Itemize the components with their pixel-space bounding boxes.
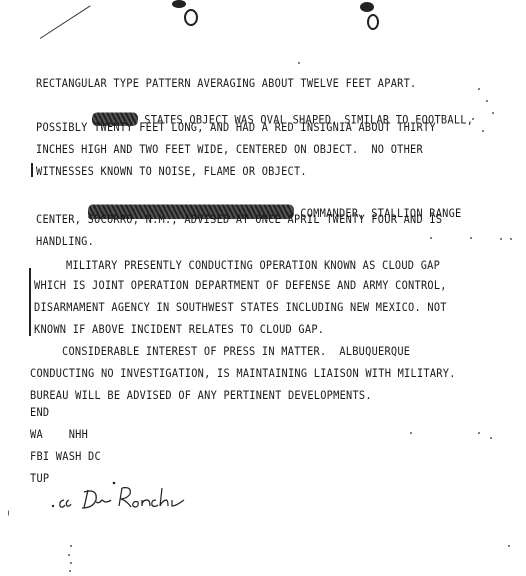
speck (430, 237, 432, 239)
speck (482, 130, 484, 132)
speck (490, 437, 492, 439)
text-line: CONSIDERABLE INTEREST OF PRESS IN MATTER… (62, 345, 410, 358)
text-line: KNOWN IF ABOVE INCIDENT RELATES TO CLOUD… (34, 323, 324, 336)
speck (492, 112, 494, 114)
sender-line: FBI WASH DC (30, 450, 101, 463)
document-page: RECTANGULAR TYPE PATTERN AVERAGING ABOUT… (0, 0, 526, 576)
text-line: CENTER, SOCORRO, N.M., ADVISED AT ONCE A… (36, 213, 442, 226)
margin-mark (31, 163, 33, 177)
end-marker: END (30, 406, 49, 419)
speck (478, 88, 480, 90)
hole-punch-mark (367, 14, 379, 30)
text-line: WITNESSES KNOWN TO NOISE, FLAME OR OBJEC… (36, 165, 307, 178)
speck (70, 562, 72, 564)
ink-blot-mark (360, 2, 374, 12)
text-line: HANDLING. (36, 235, 94, 248)
text-line: INCHES HIGH AND TWO FEET WIDE, CENTERED … (36, 143, 423, 156)
speck (410, 432, 412, 434)
speck (70, 545, 72, 547)
text-line: WHICH IS JOINT OPERATION DEPARTMENT OF D… (34, 279, 447, 292)
text-line: DISARMAMENT AGENCY IN SOUTHWEST STATES I… (34, 301, 447, 314)
text-line: RECTANGULAR TYPE PATTERN AVERAGING ABOUT… (36, 77, 417, 90)
text-line: POSSIBLY TWENTY FEET LONG, AND HAD A RED… (36, 121, 436, 134)
hole-punch-mark (184, 9, 198, 26)
routing-initials: WA NHH (30, 428, 88, 441)
speck (298, 62, 300, 64)
speck (68, 554, 70, 556)
handwritten-note: cc Dr. Ronch (50, 478, 190, 518)
speck (470, 237, 472, 239)
speck (486, 100, 488, 102)
sender-code: TUP (30, 472, 49, 485)
pen-stroke-mark (40, 5, 91, 39)
margin-mark (29, 268, 31, 336)
text-line: BUREAU WILL BE ADVISED OF ANY PERTINENT … (30, 389, 372, 402)
text-line: MILITARY PRESENTLY CONDUCTING OPERATION … (66, 259, 440, 272)
speck (500, 238, 502, 240)
speck (508, 545, 510, 547)
speck (478, 432, 480, 434)
ink-blot-mark (172, 0, 186, 8)
speck (510, 238, 512, 240)
text-line: CONDUCTING NO INVESTIGATION, IS MAINTAIN… (30, 367, 456, 380)
speck (69, 570, 71, 572)
speck (8, 510, 9, 516)
